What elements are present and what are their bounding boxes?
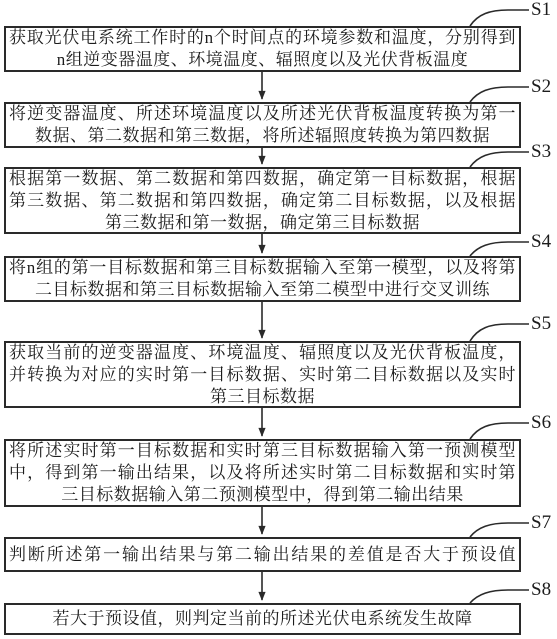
flow-step-text-1: 获取光伏电系统工作时的n个时间点的环境参数和温度，分别得到n组逆变器温度、环境温… bbox=[9, 27, 516, 71]
flow-step-box-2: 将逆变器温度、所述环境温度以及所述光伏背板温度转换为第一数据、第二数据和第三数据… bbox=[4, 102, 521, 148]
flow-step-text-7: 判断所述第一输出结果与第二输出结果的差值是否大于预设值 bbox=[9, 544, 516, 566]
flow-step-box-7: 判断所述第一输出结果与第二输出结果的差值是否大于预设值 bbox=[4, 537, 521, 572]
flow-step-text-3: 根据第一数据、第二数据和第四数据，确定第一目标数据，根据第三数据、第二数据和第四… bbox=[9, 168, 516, 234]
flow-step-text-6: 将所述实时第一目标数据和实时第三目标数据输入第一预测模型中，得到第一输出结果，以… bbox=[9, 440, 516, 506]
flow-step-box-4: 将n组的第一目标数据和第三目标数据输入至第一模型，以及将第二目标数据和第三目标数… bbox=[4, 256, 521, 302]
flow-step-box-6: 将所述实时第一目标数据和实时第三目标数据输入第一预测模型中，得到第一输出结果，以… bbox=[4, 439, 521, 507]
step-label-s6: S6 bbox=[531, 412, 557, 434]
leader-line-s4 bbox=[470, 242, 529, 256]
step-label-s7: S7 bbox=[531, 512, 557, 534]
step-label-s5: S5 bbox=[531, 313, 557, 335]
flow-step-box-8: 若大于预设值，则判定当前的所述光伏电系统发生故障 bbox=[4, 603, 521, 635]
flow-step-box-5: 获取当前的逆变器温度、环境温度、辐照度以及光伏背板温度，并转换为对应的实时第一目… bbox=[4, 341, 521, 408]
step-label-s3: S3 bbox=[531, 141, 557, 163]
leader-line-s1 bbox=[470, 10, 529, 26]
step-label-s8: S8 bbox=[531, 579, 557, 601]
leader-line-s2 bbox=[470, 87, 529, 102]
step-label-s4: S4 bbox=[531, 231, 557, 253]
flowchart: 获取光伏电系统工作时的n个时间点的环境参数和温度，分别得到n组逆变器温度、环境温… bbox=[0, 0, 557, 639]
step-label-s1: S1 bbox=[531, 0, 557, 21]
leader-line-s8 bbox=[470, 590, 529, 603]
leader-line-s5 bbox=[470, 324, 529, 341]
leader-line-s7 bbox=[470, 523, 529, 537]
flow-step-text-5: 获取当前的逆变器温度、环境温度、辐照度以及光伏背板温度，并转换为对应的实时第一目… bbox=[9, 342, 516, 408]
flow-step-text-8: 若大于预设值，则判定当前的所述光伏电系统发生故障 bbox=[9, 608, 516, 630]
flow-step-text-4: 将n组的第一目标数据和第三目标数据输入至第一模型，以及将第二目标数据和第三目标数… bbox=[9, 257, 516, 301]
flow-step-box-3: 根据第一数据、第二数据和第四数据，确定第一目标数据，根据第三数据、第二数据和第四… bbox=[4, 167, 521, 234]
leader-line-s3 bbox=[470, 152, 529, 167]
leader-line-s6 bbox=[470, 423, 529, 439]
flow-step-text-2: 将逆变器温度、所述环境温度以及所述光伏背板温度转换为第一数据、第二数据和第三数据… bbox=[9, 103, 516, 147]
step-label-s2: S2 bbox=[531, 76, 557, 98]
flow-step-box-1: 获取光伏电系统工作时的n个时间点的环境参数和温度，分别得到n组逆变器温度、环境温… bbox=[4, 26, 521, 72]
